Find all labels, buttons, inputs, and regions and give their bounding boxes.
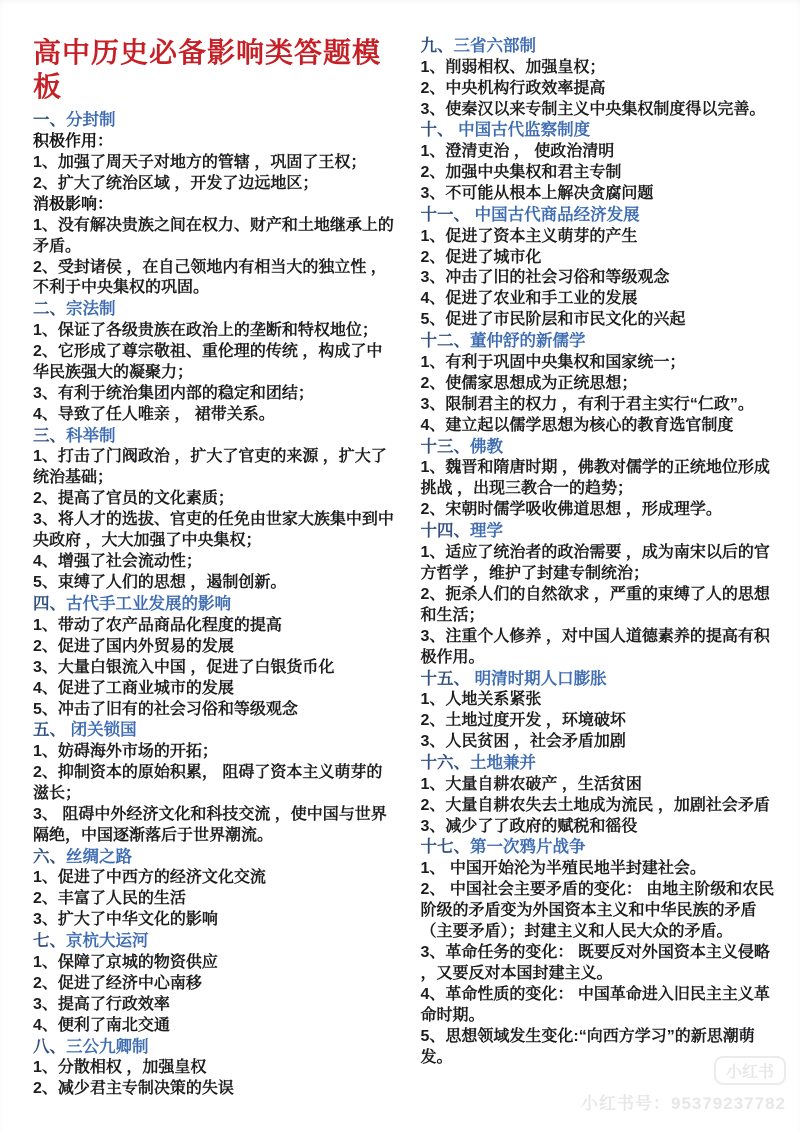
section-item: 2、促进了国内外贸易的发展: [33, 637, 397, 658]
section-heading: 六、丝绸之路: [33, 847, 397, 869]
section-item: 2、使儒家思想成为正统思想；: [421, 374, 785, 395]
section: 十五、 明清时期人口膨胀1、人地关系紧张2、土地过度开发 ，环境破坏3、人民贫困…: [421, 669, 785, 753]
section-item: 5、促进了市民阶层和市民文化的兴起: [421, 310, 785, 331]
section-item: 4、导致了任人唯亲 ， 裙带关系。: [33, 405, 397, 426]
section-title: 中国古代商品经济发展: [475, 206, 640, 224]
section-item: 2、加强中央集权和君主专制: [421, 163, 785, 184]
section-item: 3、 阻碍中外经济文化和科技交流 ，使中国与世界隔绝，中国逐渐落后于世界潮流。: [33, 805, 397, 847]
section-item: 3、减少了了政府的赋税和徭役: [421, 817, 785, 838]
section-item: 3、冲击了旧的社会习俗和等级观念: [421, 268, 785, 289]
section-heading: 一、分封制: [33, 110, 397, 132]
section-item: 1、没有解决贵族之间在权力、财产和土地继承上的矛盾。: [33, 216, 397, 258]
section-item: 3、人民贫困 ，社会矛盾加剧: [421, 732, 785, 753]
section-title: 理学: [470, 522, 503, 540]
section-item: 1、促进了中西方的经济文化交流: [33, 868, 397, 889]
section-heading: 八、三公九卿制: [33, 1037, 397, 1059]
section: 十六、土地兼并1、大量自耕农破产 ，生活贫困2、大量自耕农失去土地成为流民 ，加…: [421, 753, 785, 837]
section-number: 十二、: [421, 332, 471, 350]
section-number: 十三、: [421, 438, 471, 456]
page-title: 高中历史必备影响类答题模板: [33, 36, 397, 103]
section-item: 2、抑制资本的原始积累， 阻碍了资本主义萌芽的滋长；: [33, 763, 397, 805]
section-item: 3、限制君主的权力 ，有利于君主实行“仁政”。: [421, 395, 785, 416]
section-title: 第一次鸦片战争: [470, 838, 586, 856]
section: 五、 闭关锁国1、妨碍海外市场的开拓；2、抑制资本的原始积累， 阻碍了资本主义萌…: [33, 720, 397, 846]
section-item: 3、提高了行政效率: [33, 995, 397, 1016]
section: 十二、董仲舒的新儒学1、有利于巩固中央集权和国家统一；2、使儒家思想成为正统思想…: [421, 331, 785, 436]
section-number: 六、: [33, 848, 66, 866]
section-item: 2、受封诸侯 ，在自己领地内有相当大的独立性 ，不利于中央集权的巩固。: [33, 258, 397, 300]
section-item: 1、妨碍海外市场的开拓；: [33, 742, 397, 763]
section-item: 1、魏晋和隋唐时期 ，佛教对儒学的正统地位形成挑战 ，出现三教合一的趋势；: [421, 458, 785, 500]
section-sublabel: 积极作用：: [33, 132, 397, 153]
right-sections: 九、三省六部制1、削弱相权、加强皇权；2、中央机构行政效率提高3、使秦汉以来专制…: [421, 36, 785, 1069]
section-item: 2、 中国社会主要矛盾的变化： 由地主阶级和农民阶级的矛盾变为外国资本主义和中华…: [421, 880, 785, 943]
section-number: 七、: [33, 932, 66, 950]
section-item: 2、扩大了统治区域 ，开发了边远地区；: [33, 174, 397, 195]
section-number: 八、: [33, 1038, 66, 1056]
section-item: 2、提高了官员的文化素质；: [33, 489, 397, 510]
section-number: 十四、: [421, 522, 471, 540]
section-item: 2、扼杀人们的自然欲求 ，严重的束缚了人的思想和生活；: [421, 585, 785, 627]
section: 七、京杭大运河1、保障了京城的物资供应2、促进了经济中心南移3、提高了行政效率4…: [33, 931, 397, 1036]
section: 六、丝绸之路1、促进了中西方的经济文化交流2、丰富了人民的生活3、扩大了中华文化…: [33, 847, 397, 931]
section-number: 二、: [33, 300, 66, 318]
section-item: 2、减少君主专制决策的失误: [33, 1079, 397, 1100]
section-heading: 十四、理学: [421, 521, 785, 543]
section-item: 3、注重个人修养 ，对中国人道德素养的提高有积极作用。: [421, 627, 785, 669]
section-heading: 十七、第一次鸦片战争: [421, 837, 785, 859]
section-heading: 二、宗法制: [33, 299, 397, 321]
section-title: 京杭大运河: [66, 932, 149, 950]
section: 一、分封制积极作用：1、加强了周天子对地方的管辖 ，巩固了王权；2、扩大了统治区…: [33, 110, 397, 299]
section-heading: 九、三省六部制: [421, 36, 785, 58]
section-item: 1、削弱相权、加强皇权；: [421, 58, 785, 79]
section-item: 1、带动了农产品商品化程度的提高: [33, 616, 397, 637]
section: 十四、理学1、适应了统治者的政治需要 ，成为南宋以后的官方哲学 ，维护了封建专制…: [421, 521, 785, 668]
section-number: 十、: [421, 121, 459, 139]
section-item: 1、人地关系紧张: [421, 690, 785, 711]
section-title: 闭关锁国: [71, 721, 137, 739]
section-item: 2、大量自耕农失去土地成为流民 ，加剧社会矛盾: [421, 796, 785, 817]
left-sections: 一、分封制积极作用：1、加强了周天子对地方的管辖 ，巩固了王权；2、扩大了统治区…: [33, 110, 397, 1100]
section-heading: 七、京杭大运河: [33, 931, 397, 953]
section-item: 2、中央机构行政效率提高: [421, 79, 785, 100]
document-page: 高中历史必备影响类答题模板 一、分封制积极作用：1、加强了周天子对地方的管辖 ，…: [0, 0, 800, 1132]
section-item: 4、建立起以儒学思想为核心的教育选官制度: [421, 416, 785, 437]
section-title: 明清时期人口膨胀: [475, 670, 607, 688]
left-column: 高中历史必备影响类答题模板 一、分封制积极作用：1、加强了周天子对地方的管辖 ，…: [33, 36, 397, 1100]
section-item: 1、保证了各级贵族在政治上的垄断和特权地位；: [33, 321, 397, 342]
section-number: 十七、: [421, 838, 471, 856]
document-content: 高中历史必备影响类答题模板 一、分封制积极作用：1、加强了周天子对地方的管辖 ，…: [33, 36, 784, 1100]
section-item: 1、大量自耕农破产 ，生活贫困: [421, 775, 785, 796]
section-item: 1、加强了周天子对地方的管辖 ，巩固了王权；: [33, 153, 397, 174]
section-heading: 十、 中国古代监察制度: [421, 120, 785, 142]
section-item: 5、思想领域发生变化:“向西方学习”的新思潮萌发。: [421, 1027, 785, 1069]
section-item: 3、不可能从根本上解决贪腐问题: [421, 184, 785, 205]
section-item: 1、分散相权 ，加强皇权: [33, 1058, 397, 1079]
section-number: 一、: [33, 111, 66, 129]
section-item: 4、促进了农业和手工业的发展: [421, 289, 785, 310]
section-number: 十五、: [421, 670, 475, 688]
section-heading: 十六、土地兼并: [421, 753, 785, 775]
section-item: 1、保障了京城的物资供应: [33, 953, 397, 974]
section-heading: 十一、 中国古代商品经济发展: [421, 205, 785, 227]
section-heading: 十二、董仲舒的新儒学: [421, 331, 785, 353]
section-item: 3、扩大了中华文化的影响: [33, 910, 397, 931]
section-item: 3、革命任务的变化： 既要反对外国资本主义侵略 ，又要反对本国封建主义。: [421, 943, 785, 985]
section-item: 5、冲击了旧有的社会习俗和等级观念: [33, 700, 397, 721]
section-number: 十一、: [421, 206, 475, 224]
section-item: 2、促进了经济中心南移: [33, 974, 397, 995]
section-title: 科举制: [66, 427, 116, 445]
section-title: 佛教: [470, 438, 503, 456]
section: 三、科举制1、打击了门阀政治 ，扩大了官吏的来源 ，扩大了统治基础；2、提高了官…: [33, 426, 397, 594]
section: 二、宗法制1、保证了各级贵族在政治上的垄断和特权地位；2、它形成了尊宗敬祖、重伦…: [33, 299, 397, 425]
section-title: 中国古代监察制度: [458, 121, 590, 139]
section-item: 1、促进了资本主义萌芽的产生: [421, 227, 785, 248]
right-column: 九、三省六部制1、削弱相权、加强皇权；2、中央机构行政效率提高3、使秦汉以来专制…: [421, 36, 785, 1069]
section-title: 古代手工业发展的影响: [66, 595, 231, 613]
section-number: 三、: [33, 427, 66, 445]
section-item: 3、大量白银流入中国 ，促进了白银货币化: [33, 658, 397, 679]
section-item: 1、适应了统治者的政治需要 ，成为南宋以后的官方哲学 ，维护了封建专制统治；: [421, 543, 785, 585]
section-item: 3、将人才的选拔、官吏的任免由世家大族集中到中央政府 ，大大加强了中央集权；: [33, 510, 397, 552]
section-item: 2、丰富了人民的生活: [33, 889, 397, 910]
section-item: 4、增强了社会流动性；: [33, 552, 397, 573]
section-item: 1、 中国开始沦为半殖民地半封建社会。: [421, 859, 785, 880]
section: 十一、 中国古代商品经济发展1、促进了资本主义萌芽的产生2、促进了城市化3、冲击…: [421, 205, 785, 331]
section-item: 1、打击了门阀政治 ，扩大了官吏的来源 ，扩大了统治基础；: [33, 447, 397, 489]
section-heading: 三、科举制: [33, 426, 397, 448]
section-item: 4、促进了工商业城市的发展: [33, 679, 397, 700]
section-item: 1、澄清吏治 ， 使政治清明: [421, 142, 785, 163]
section-title: 三公九卿制: [66, 1038, 149, 1056]
section-item: 3、使秦汉以来专制主义中央集权制度得以完善。: [421, 100, 785, 121]
section: 十、 中国古代监察制度1、澄清吏治 ， 使政治清明2、加强中央集权和君主专制3、…: [421, 120, 785, 204]
section-item: 2、促进了城市化: [421, 248, 785, 269]
section-item: 2、土地过度开发 ，环境破坏: [421, 711, 785, 732]
section-title: 分封制: [66, 111, 116, 129]
section-title: 三省六部制: [454, 37, 537, 55]
section-title: 丝绸之路: [66, 848, 132, 866]
section-sublabel: 消极影响：: [33, 195, 397, 216]
section-item: 4、革命性质的变化： 中国革命进入旧民主主义革命时期。: [421, 985, 785, 1027]
section: 九、三省六部制1、削弱相权、加强皇权；2、中央机构行政效率提高3、使秦汉以来专制…: [421, 36, 785, 120]
section-item: 1、有利于巩固中央集权和国家统一；: [421, 353, 785, 374]
section-heading: 十三、佛教: [421, 437, 785, 459]
section-heading: 五、 闭关锁国: [33, 720, 397, 742]
section-title: 土地兼并: [470, 754, 536, 772]
section-item: 2、宋朝时儒学吸收佛道思想 ，形成理学。: [421, 500, 785, 521]
section-number: 四、: [33, 595, 66, 613]
section-title: 宗法制: [66, 300, 116, 318]
section-title: 董仲舒的新儒学: [470, 332, 586, 350]
section-heading: 四、古代手工业发展的影响: [33, 594, 397, 616]
section: 八、三公九卿制1、分散相权 ，加强皇权2、减少君主专制决策的失误: [33, 1037, 397, 1101]
section-item: 5、束缚了人们的思想 ，遏制创新。: [33, 573, 397, 594]
section-number: 五、: [33, 721, 71, 739]
section-number: 九、: [421, 37, 454, 55]
section-heading: 十五、 明清时期人口膨胀: [421, 669, 785, 691]
section-number: 十六、: [421, 754, 471, 772]
section: 四、古代手工业发展的影响1、带动了农产品商品化程度的提高2、促进了国内外贸易的发…: [33, 594, 397, 720]
section-item: 4、便利了南北交通: [33, 1016, 397, 1037]
section: 十七、第一次鸦片战争1、 中国开始沦为半殖民地半封建社会。2、 中国社会主要矛盾…: [421, 837, 785, 1068]
section-item: 2、它形成了尊宗敬祖、重伦理的传统 ，构成了中华民族强大的凝聚力；: [33, 342, 397, 384]
section: 十三、佛教1、魏晋和隋唐时期 ，佛教对儒学的正统地位形成挑战 ，出现三教合一的趋…: [421, 437, 785, 521]
section-item: 3、有利于统治集团内部的稳定和团结；: [33, 384, 397, 405]
